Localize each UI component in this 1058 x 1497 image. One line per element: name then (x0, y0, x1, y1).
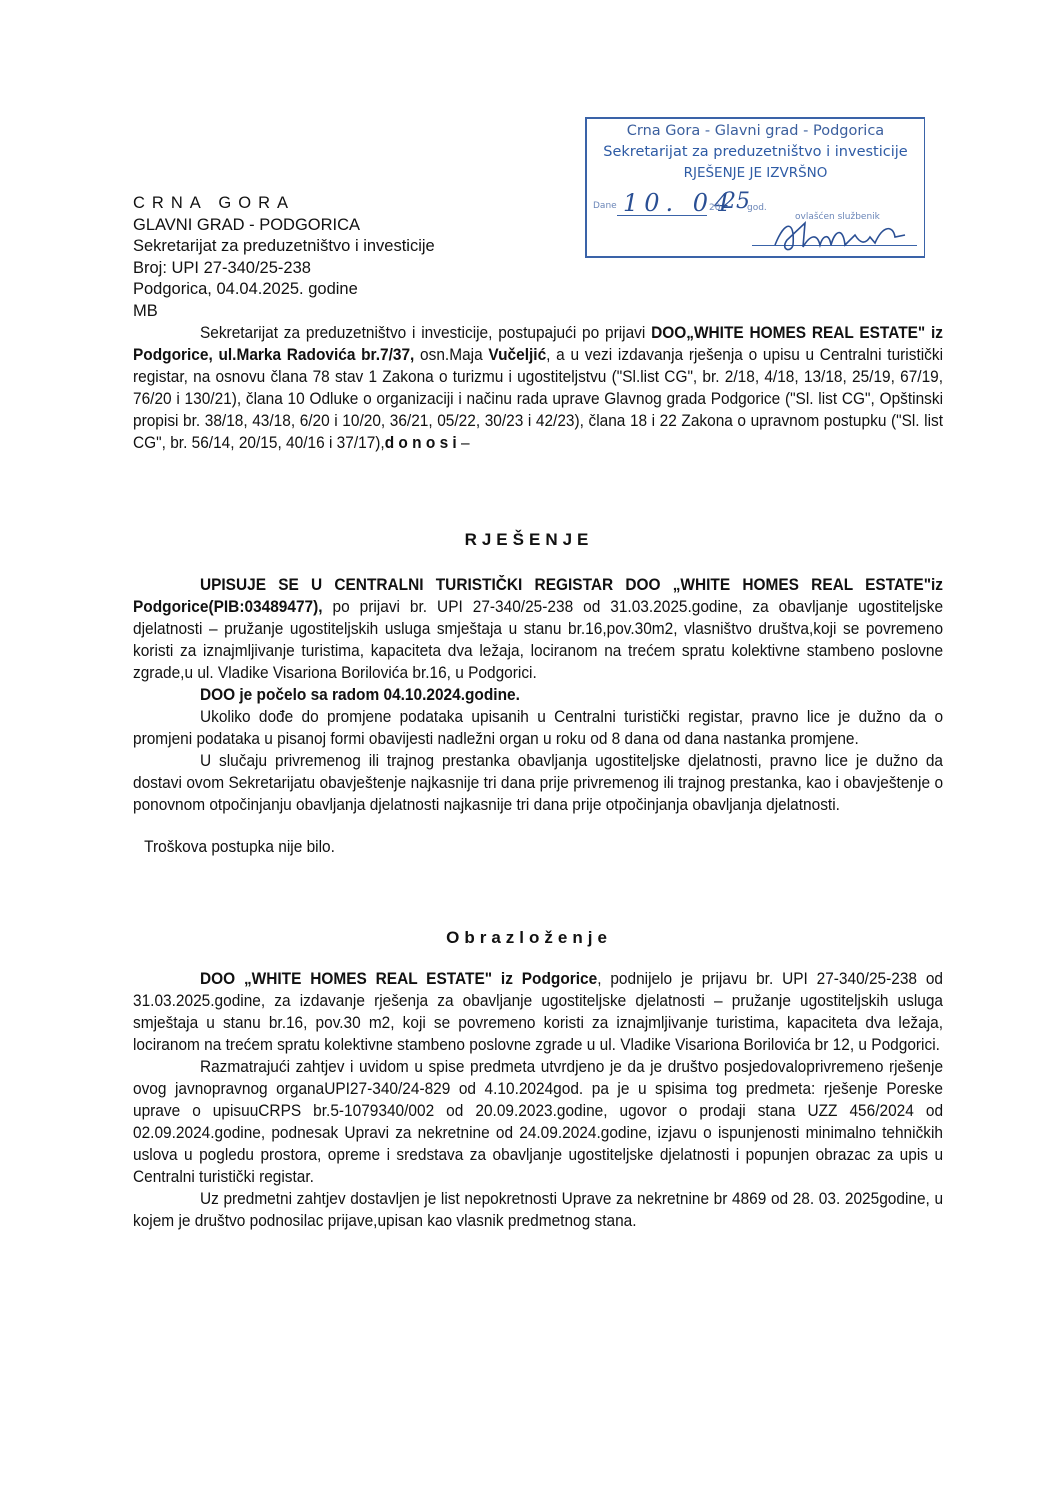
stamp-year-suffix: god. (747, 203, 767, 213)
intro-text: Sekretarijat za preduzetništvo i investi… (200, 323, 651, 342)
stamp-year-prefix: 20 (709, 203, 720, 213)
decision-title: RJEŠENJE (0, 530, 1058, 550)
applicant-name: DOO „WHITE HOMES REAL ESTATE" iz Podgori… (200, 969, 597, 988)
decision-section: UPISUJE SE U CENTRALNI TURISTIČKI REGIST… (133, 574, 943, 858)
donosi-text: d o n o s i (385, 433, 457, 452)
intro-text: osn.Maja (414, 345, 488, 364)
header-city: GLAVNI GRAD - PODGORICA (133, 215, 435, 237)
dash-text: – (457, 433, 470, 452)
suspension-notice-paragraph: U slučaju privremenog ili trajnog presta… (133, 750, 943, 816)
property-sheet-paragraph: Uz predmetni zahtjev dostavljen je list … (133, 1188, 943, 1232)
stamp-authority: Crna Gora - Glavni grad - Podgorica (587, 123, 924, 139)
change-notice-paragraph: Ukoliko dođe do promjene podataka upisan… (133, 706, 943, 750)
header-initials: MB (133, 301, 435, 323)
founder-surname: Vučeljić (488, 345, 546, 364)
header-office: Sekretarijat za preduzetništvo i investi… (133, 236, 435, 258)
reasoning-section: DOO „WHITE HOMES REAL ESTATE" iz Podgori… (133, 968, 943, 1232)
review-paragraph: Razmatrajući zahtjev i uvidom u spise pr… (133, 1056, 943, 1188)
stamp-status: RJEŠENJE JE IZVRŠNO (587, 165, 924, 181)
signature-icon (765, 215, 915, 255)
stamp-handwritten-year: 25 (722, 189, 750, 214)
intro-paragraph: Sekretarijat za preduzetništvo i investi… (133, 322, 943, 454)
header-number: Broj: UPI 27-340/25-238 (133, 258, 435, 280)
document-header: CRNA GORA GLAVNI GRAD - PODGORICA Sekret… (133, 193, 435, 322)
stamp-date-label: Dane (593, 201, 617, 211)
start-date-statement: DOO je počelo sa radom 04.10.2024.godine… (133, 684, 943, 706)
header-country: CRNA GORA (133, 193, 435, 215)
header-date: Podgorica, 04.04.2025. godine (133, 279, 435, 301)
stamp-office: Sekretarijat za preduzetništvo i investi… (587, 144, 924, 160)
enforceability-stamp: Crna Gora - Glavni grad - Podgorica Sekr… (585, 117, 925, 258)
costs-statement: Troškova postupka nije bilo. (133, 836, 943, 858)
reasoning-title: Obrazloženje (0, 928, 1058, 948)
